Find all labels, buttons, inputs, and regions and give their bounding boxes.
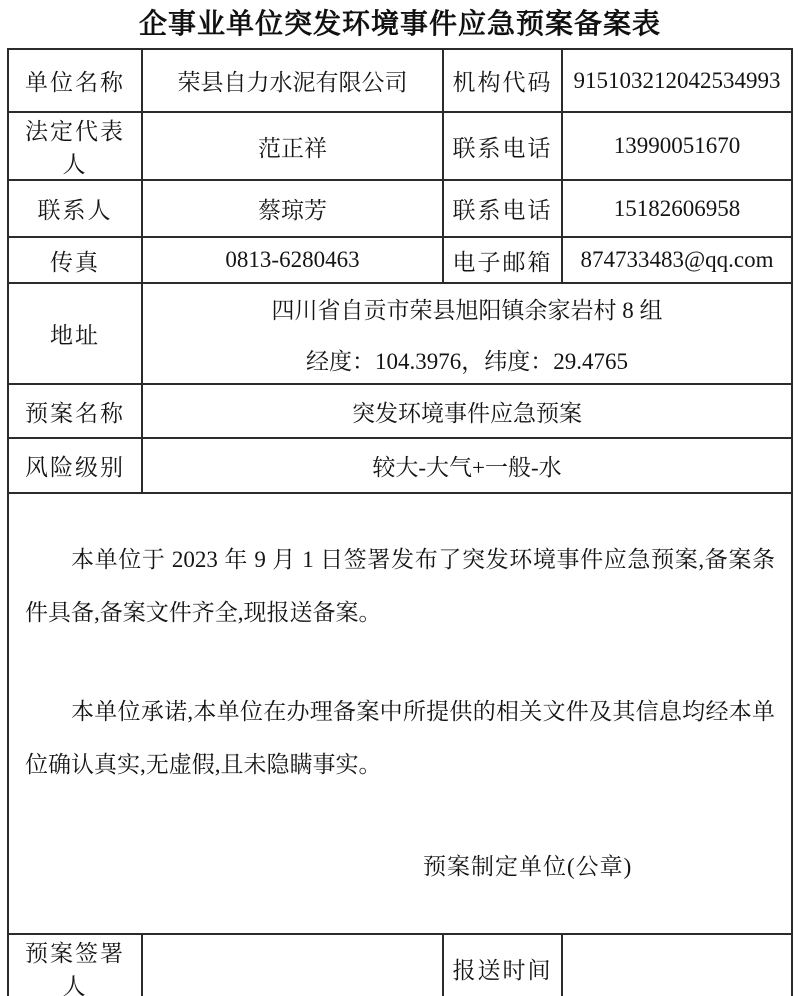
page-title: 企事业单位突发环境事件应急预案备案表 [0,6,800,42]
table-row: 联系人 蔡琼芳 联系电话 15182606958 [8,180,792,237]
table-row: 单位名称 荣县自力水泥有限公司 机构代码 915103212042534993 [8,49,792,112]
fax-label: 传真 [8,237,142,283]
table-row: 预案名称 突发环境事件应急预案 [8,384,792,438]
submission-time-value [562,934,792,996]
risk-level-label: 风险级别 [8,438,142,493]
plan-name-value: 突发环境事件应急预案 [142,384,792,438]
address-line1: 四川省自贡市荣县旭阳镇余家岩村 8 组 [147,292,787,325]
table-row: 地址 四川省自贡市荣县旭阳镇余家岩村 8 组 经度：104.3976，纬度：29… [8,283,792,384]
plan-signer-label: 预案签署人 [8,934,142,996]
table-row: 本单位于 2023 年 9 月 1 日签署发布了突发环境事件应急预案,备案条件具… [8,493,792,934]
filing-form-table: 单位名称 荣县自力水泥有限公司 机构代码 915103212042534993 … [7,48,793,996]
legal-rep-phone-value: 13990051670 [562,112,792,180]
unit-name-value: 荣县自力水泥有限公司 [142,49,443,112]
seal-line: 预案制定单位(公章) [423,848,775,881]
contact-phone-value: 15182606958 [562,180,792,237]
declaration-paragraph-1: 本单位于 2023 年 9 月 1 日签署发布了突发环境事件应急预案,备案条件具… [25,534,775,640]
contact-person-value: 蔡琼芳 [142,180,443,237]
unit-name-label: 单位名称 [8,49,142,112]
table-row: 风险级别 较大-大气+一般-水 [8,438,792,493]
fax-value: 0813-6280463 [142,237,443,283]
email-value: 874733483@qq.com [562,237,792,283]
address-coordinates: 经度：104.3976，纬度：29.4765 [147,343,787,376]
table-row: 预案签署人 报送时间 [8,934,792,996]
address-value-cell: 四川省自贡市荣县旭阳镇余家岩村 8 组 经度：104.3976，纬度：29.47… [142,283,792,384]
address-label: 地址 [8,283,142,384]
submission-time-label: 报送时间 [443,934,562,996]
declaration-cell: 本单位于 2023 年 9 月 1 日签署发布了突发环境事件应急预案,备案条件具… [8,493,792,934]
table-row: 传真 0813-6280463 电子邮箱 874733483@qq.com [8,237,792,283]
legal-rep-phone-label: 联系电话 [443,112,562,180]
org-code-label: 机构代码 [443,49,562,112]
legal-rep-label: 法定代表人 [8,112,142,180]
risk-level-value: 较大-大气+一般-水 [142,438,792,493]
table-row: 法定代表人 范正祥 联系电话 13990051670 [8,112,792,180]
declaration-paragraph-2: 本单位承诺,本单位在办理备案中所提供的相关文件及其信息均经本单位确认真实,无虚假… [25,686,775,792]
plan-signer-value [142,934,443,996]
email-label: 电子邮箱 [443,237,562,283]
org-code-value: 915103212042534993 [562,49,792,112]
contact-person-label: 联系人 [8,180,142,237]
plan-name-label: 预案名称 [8,384,142,438]
contact-phone-label: 联系电话 [443,180,562,237]
legal-rep-value: 范正祥 [142,112,443,180]
